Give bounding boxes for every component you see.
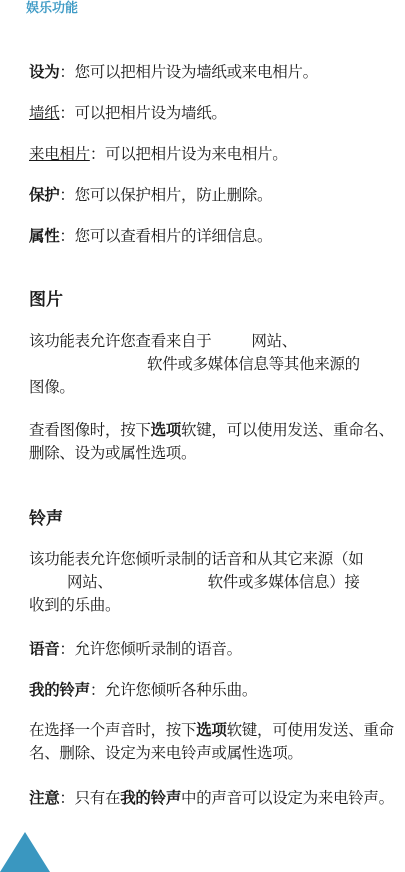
page-corner-triangle-icon bbox=[0, 832, 50, 872]
definition-voice: 语音：允许您倾听录制的语音。 bbox=[29, 638, 401, 661]
term: 设为 bbox=[29, 63, 59, 81]
term: 我的铃声 bbox=[29, 681, 90, 699]
definition-protect: 保护：您可以保护相片，防止删除。 bbox=[29, 184, 401, 207]
pictures-intro: 该功能表允许您查看来自于网站、 软件或多媒体信息等其他来源的 图像。 bbox=[29, 330, 401, 399]
pictures-usage: 查看图像时，按下选项软键，可以使用发送、重命名、删除、设为或属性选项。 bbox=[29, 419, 401, 465]
term: 属性 bbox=[29, 227, 59, 245]
note-text: 只有在我的铃声中的声音可以设定为来电铃声。 bbox=[75, 787, 394, 810]
definition-properties: 属性：您可以查看相片的详细信息。 bbox=[29, 225, 401, 248]
definition-wallpaper: 墙纸：可以把相片设为墙纸。 bbox=[29, 102, 401, 125]
options-softkey: 选项 bbox=[151, 421, 181, 439]
ringtones-usage: 在选择一个声音时，按下选项软键，可使用发送、重命名、删除、设定为来电铃声或属性选… bbox=[29, 719, 401, 765]
term: 来电相片 bbox=[29, 145, 90, 163]
term: 保护 bbox=[29, 186, 59, 204]
running-head: 娱乐功能 bbox=[26, 0, 78, 18]
note: 注意： 只有在我的铃声中的声音可以设定为来电铃声。 bbox=[29, 787, 401, 810]
ringtones-intro: 该功能表允许您倾听录制的话音和从其它来源（如 网站、软件或多媒体信息）接 收到的… bbox=[29, 548, 401, 617]
options-softkey: 选项 bbox=[196, 721, 226, 739]
definition-set-as: 设为：您可以把相片设为墙纸或来电相片。 bbox=[29, 61, 401, 84]
definition-my-ringtones: 我的铃声：允许您倾听各种乐曲。 bbox=[29, 679, 401, 702]
note-label: 注意 bbox=[29, 789, 59, 807]
section-heading-pictures: 图片 bbox=[29, 289, 63, 311]
section-heading-ringtones: 铃声 bbox=[29, 508, 63, 530]
definition-caller-photo: 来电相片：可以把相片设为来电相片。 bbox=[29, 143, 401, 166]
term: 语音 bbox=[29, 640, 59, 658]
term: 墙纸 bbox=[29, 104, 59, 122]
